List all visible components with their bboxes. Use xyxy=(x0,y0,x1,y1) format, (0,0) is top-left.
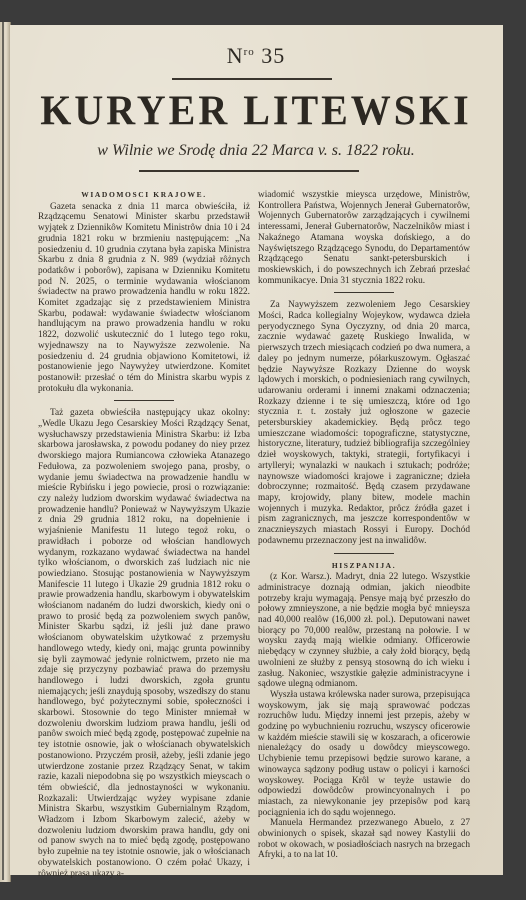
newspaper-title: KURYER LITEWSKI xyxy=(9,86,503,135)
binding-shadow xyxy=(2,22,4,880)
issue-number-value: 35 xyxy=(261,43,285,68)
issue-number-sup: ro xyxy=(244,46,255,58)
article-separator xyxy=(334,553,394,554)
article-separator xyxy=(114,400,174,401)
issue-number: Nro 35 xyxy=(9,43,503,69)
article-russian-invalid: Za Naywyższem zezwoleniem Jego Cesarskie… xyxy=(258,300,470,546)
section-heading-spain: HISZPANIJA. xyxy=(258,561,470,572)
article-ukaz: Taż gazeta obwieściła następujący ukaz o… xyxy=(38,408,250,879)
article-royal-statute: Wyszła ustawa królewska nader surowa, pr… xyxy=(258,690,470,818)
article-senate-gazette: Gazeta senacka z dnia 11 marca obwieścił… xyxy=(38,202,250,395)
dateline: w Wilnie we Srodę dnia 22 Marca v. s. 18… xyxy=(9,142,503,160)
article-separator xyxy=(334,292,394,293)
masthead-rule-top xyxy=(172,78,332,80)
masthead-rule-bottom xyxy=(139,170,359,172)
article-madrid: (z Kor. Warsz.). Madryt, dnia 22 lutego.… xyxy=(258,572,470,690)
section-heading-domestic: WIADOMOSCI KRAJOWE. xyxy=(38,190,250,201)
article-sentence: Manuela Hermandez przezwanego Abuelo, z … xyxy=(258,818,470,861)
newspaper-page: Nro 35 KURYER LITEWSKI w Wilnie we Srodę… xyxy=(9,25,503,875)
left-column: WIADOMOSCI KRAJOWE. Gazeta senacka z dni… xyxy=(38,190,250,879)
article-ukaz-continued: wiadomić wszystkie mieysca urzędowe, Min… xyxy=(258,190,470,286)
issue-number-prefix: N xyxy=(227,43,244,68)
right-column: wiadomić wszystkie mieysca urzędowe, Min… xyxy=(258,190,470,861)
